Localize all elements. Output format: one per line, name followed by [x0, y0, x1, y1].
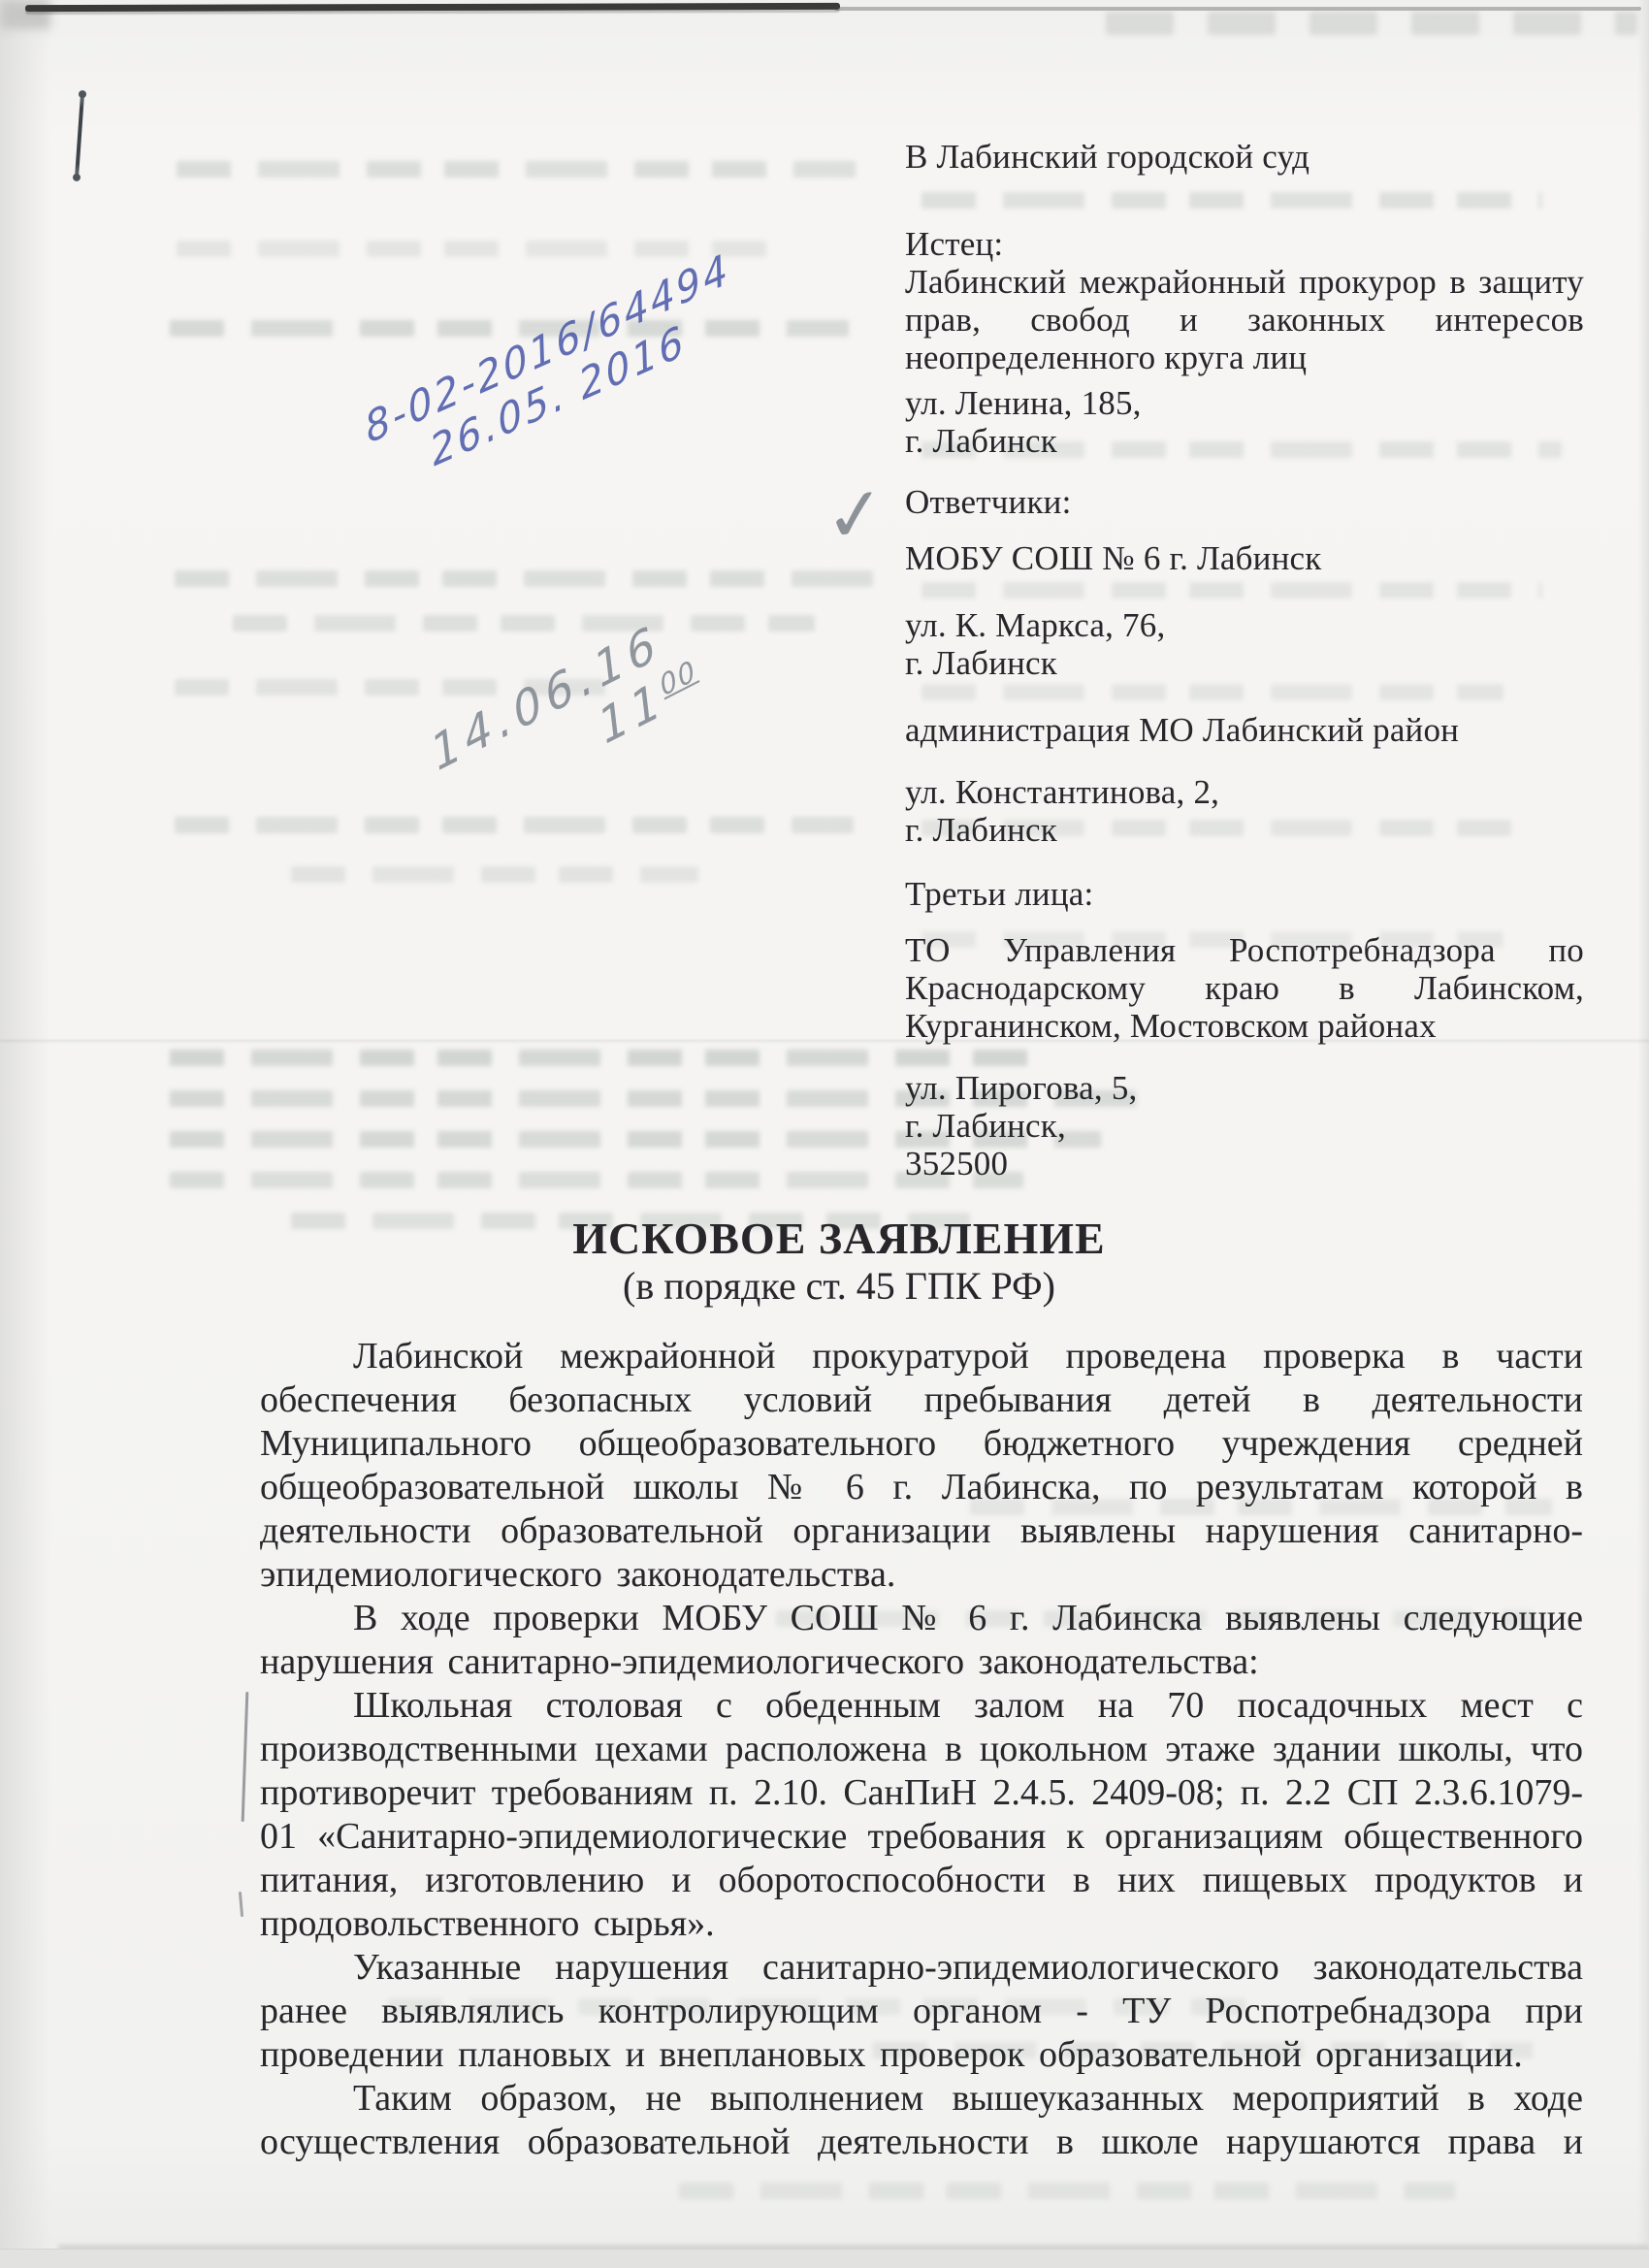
- scan-top-smudge: [1106, 12, 1637, 35]
- handwritten-hearing-note: 14.06.16 1100: [425, 601, 707, 832]
- bleed-through-artifact: [170, 1172, 1023, 1188]
- bleed-through-artifact: [291, 866, 698, 883]
- margin-pen-stroke: [242, 1692, 249, 1822]
- bleed-through-artifact: [679, 2183, 1455, 2199]
- plaintiff-name: Лабинский межрайонный прокурор в защиту …: [905, 263, 1584, 376]
- handwritten-registration-note: 8-02-2016/64494 26.05. 2016: [361, 243, 744, 501]
- bleed-through-artifact: [233, 615, 815, 632]
- body-paragraph: Школьная столовая с обеденным залом на 7…: [260, 1684, 1583, 1946]
- scan-right-edge: [1637, 0, 1649, 2268]
- defendant1-name: МОБУ СОШ № 6 г. Лабинск: [905, 539, 1584, 577]
- bleed-through-artifact: [177, 241, 778, 257]
- defendant2-name: администрация МО Лабинский район: [905, 711, 1584, 749]
- body-paragraph: В ходе проверки МОБУ СОШ № 6 г. Лабинска…: [260, 1597, 1583, 1684]
- bleed-through-artifact: [175, 817, 854, 833]
- paperclip-mark: [75, 93, 84, 178]
- third-party-address-street: ул. Пирогова, 5,: [905, 1069, 1584, 1107]
- third-party-postcode: 352500: [905, 1145, 1584, 1183]
- body-paragraph: Указанные нарушения санитарно-эпидемиоло…: [260, 1946, 1583, 2077]
- plaintiff-label: Истец:: [905, 225, 1584, 263]
- body-paragraph: Таким образом, не выполнением вышеуказан…: [260, 2077, 1583, 2164]
- defendants-label: Ответчики:: [905, 483, 1584, 521]
- court-header-block: В Лабинский городской суд Истец: Лабинск…: [905, 138, 1584, 1183]
- bleed-through-artifact: [175, 570, 873, 587]
- scan-top-edge-line: [25, 3, 840, 12]
- third-parties-label: Третьи лица:: [905, 875, 1584, 913]
- third-party-address-city: г. Лабинск,: [905, 1107, 1584, 1145]
- plaintiff-address-street: ул. Ленина, 185,: [905, 384, 1584, 422]
- court-name: В Лабинский городской суд: [905, 138, 1584, 176]
- defendant1-address-street: ул. К. Маркса, 76,: [905, 606, 1584, 644]
- defendant2-address-street: ул. Константинова, 2,: [905, 773, 1584, 811]
- scanned-document-page: 8-02-2016/64494 26.05. 2016 14.06.16 110…: [0, 0, 1649, 2268]
- document-body: Лабинской межрайонной прокуратурой прове…: [260, 1335, 1583, 2164]
- plaintiff-address-city: г. Лабинск: [905, 422, 1584, 460]
- checkmark-annotation: ✓: [821, 469, 891, 561]
- third-party-name: ТО Управления Роспотребнадзора по Красно…: [905, 931, 1584, 1045]
- defendant1-address-city: г. Лабинск: [905, 644, 1584, 682]
- scan-bottom-edge: [0, 2249, 1649, 2268]
- document-subtitle: (в порядке ст. 45 ГПК РФ): [233, 1263, 1445, 1309]
- bleed-through-artifact: [170, 320, 849, 337]
- document-title: ИСКОВОЕ ЗАЯВЛЕНИЕ: [233, 1213, 1445, 1264]
- scan-top-edge-line-right: [834, 7, 1641, 11]
- bleed-through-artifact: [177, 161, 856, 178]
- defendant2-address-city: г. Лабинск: [905, 811, 1584, 849]
- margin-pen-stroke: [239, 1892, 243, 1917]
- scan-left-edge: [0, 0, 60, 2268]
- body-paragraph: Лабинской межрайонной прокуратурой прове…: [260, 1335, 1583, 1597]
